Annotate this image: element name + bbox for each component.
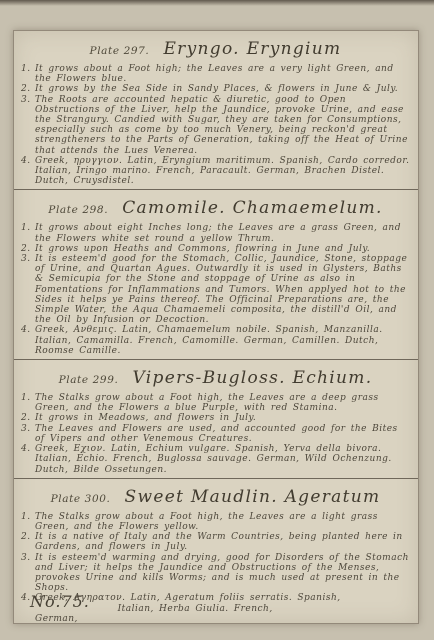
plate-number-label: Plate 299. (59, 374, 119, 386)
description-item: 2. It grows upon Heaths and Commons, flo… (21, 244, 410, 254)
item-number: 4. (21, 444, 35, 475)
item-number: 3. (21, 553, 35, 594)
item-text: It is a native of Italy and the Warm Cou… (35, 532, 410, 552)
description-item: 1. The Stalks grow about a Foot high, th… (21, 512, 410, 532)
item-number: 1. (21, 64, 35, 84)
description-item: 3. It is esteem'd good for the Stomach, … (21, 254, 410, 325)
item-text: It is esteem'd warming and drying, good … (35, 553, 410, 594)
item-text: It grows about a Foot high; the Leaves a… (35, 64, 410, 84)
item-text: It grows about eight Inches long; the Le… (35, 223, 410, 243)
item-number: 2. (21, 84, 35, 94)
item-text: Greek, ηρυγγιον. Latin, Eryngium maritim… (35, 156, 410, 187)
item-text: The Leaves and Flowers are used, and acc… (35, 424, 410, 444)
item-text: The Roots are accounted hepatic & diuret… (35, 95, 410, 156)
plant-title: Eryngo. Eryngium (163, 39, 341, 59)
item-text: Greek, Ανθεμις. Latin, Chamaemelum nobil… (35, 325, 410, 356)
item-number: 3. (21, 95, 35, 156)
plate-number-label: Plate 297. (90, 45, 150, 57)
description-item: 4. Greek, ηρυγγιον. Latin, Eryngium mari… (21, 156, 410, 187)
plant-title: Vipers-Bugloss. Echium. (133, 368, 373, 388)
item-text: It is esteem'd good for the Stomach, Col… (35, 254, 410, 325)
item-text: It grows in Meadows, and flowers in July… (35, 413, 410, 423)
description-item: 4. Greek, Εχιον. Latin, Echium vulgare. … (21, 444, 410, 475)
description-item: 3. The Roots are accounted hepatic & diu… (21, 95, 410, 156)
description-item: 4. Greek, Ανθεμις. Latin, Chamaemelum no… (21, 325, 410, 356)
item-text: It grows by the Sea Side in Sandy Places… (35, 84, 410, 94)
description-item: 1. The Stalks grow about a Foot high, th… (21, 393, 410, 413)
plate-frame: Plate 297. Eryngo. Eryngium 1. It grows … (13, 30, 419, 624)
plate-heading: Plate 298. Camomile. Chamaemelum. (21, 198, 410, 218)
item-text: Greek, Αγηρατον. Latin, Ageratum foliis … (35, 593, 410, 623)
description-item: 3. The Leaves and Flowers are used, and … (21, 424, 410, 444)
item-number: 1. (21, 393, 35, 413)
plant-entry-eryngo: Plate 297. Eryngo. Eryngium 1. It grows … (14, 31, 418, 190)
plate-heading: Plate 299. Vipers-Bugloss. Echium. (21, 368, 410, 388)
description-item: 1. It grows about eight Inches long; the… (21, 223, 410, 243)
scan-edge (0, 0, 434, 6)
plant-entry-vipers-bugloss: Plate 299. Vipers-Bugloss. Echium. 1. Th… (14, 360, 418, 479)
plant-title: Camomile. Chamaemelum. (122, 198, 382, 218)
plant-title: Sweet Maudlin. Ageratum (125, 487, 381, 507)
description-item: 2. It grows in Meadows, and flowers in J… (21, 413, 410, 423)
item-number: 1. (21, 223, 35, 243)
item-text: It grows upon Heaths and Commons, flowri… (35, 244, 410, 254)
plate-number-label: Plate 298. (48, 204, 108, 216)
item-number: 2. (21, 244, 35, 254)
description-item: 2. It is a native of Italy and the Warm … (21, 532, 410, 552)
item-number: 4. (21, 156, 35, 187)
plate-heading: Plate 297. Eryngo. Eryngium (21, 39, 410, 59)
item-number: 3. (21, 254, 35, 325)
plate-heading: Plate 300. Sweet Maudlin. Ageratum (21, 487, 410, 507)
item-text: Greek, Εχιον. Latin, Echium vulgare. Spa… (35, 444, 410, 475)
item-text: The Stalks grow about a Foot high, the L… (35, 393, 410, 413)
item-number: 2. (21, 413, 35, 423)
page-number: No.75. (30, 592, 90, 611)
item-number: 1. (21, 512, 35, 532)
description-item: 2. It grows by the Sea Side in Sandy Pla… (21, 84, 410, 94)
item-number: 4. (21, 325, 35, 356)
item-number: 2. (21, 532, 35, 552)
item-number: 3. (21, 424, 35, 444)
item-text: The Stalks grow about a Foot high, the L… (35, 512, 410, 532)
description-item: 3. It is esteem'd warming and drying, go… (21, 553, 410, 594)
plate-number-label: Plate 300. (51, 493, 111, 505)
plant-entry-camomile: Plate 298. Camomile. Chamaemelum. 1. It … (14, 190, 418, 360)
description-item: 1. It grows about a Foot high; the Leave… (21, 64, 410, 84)
